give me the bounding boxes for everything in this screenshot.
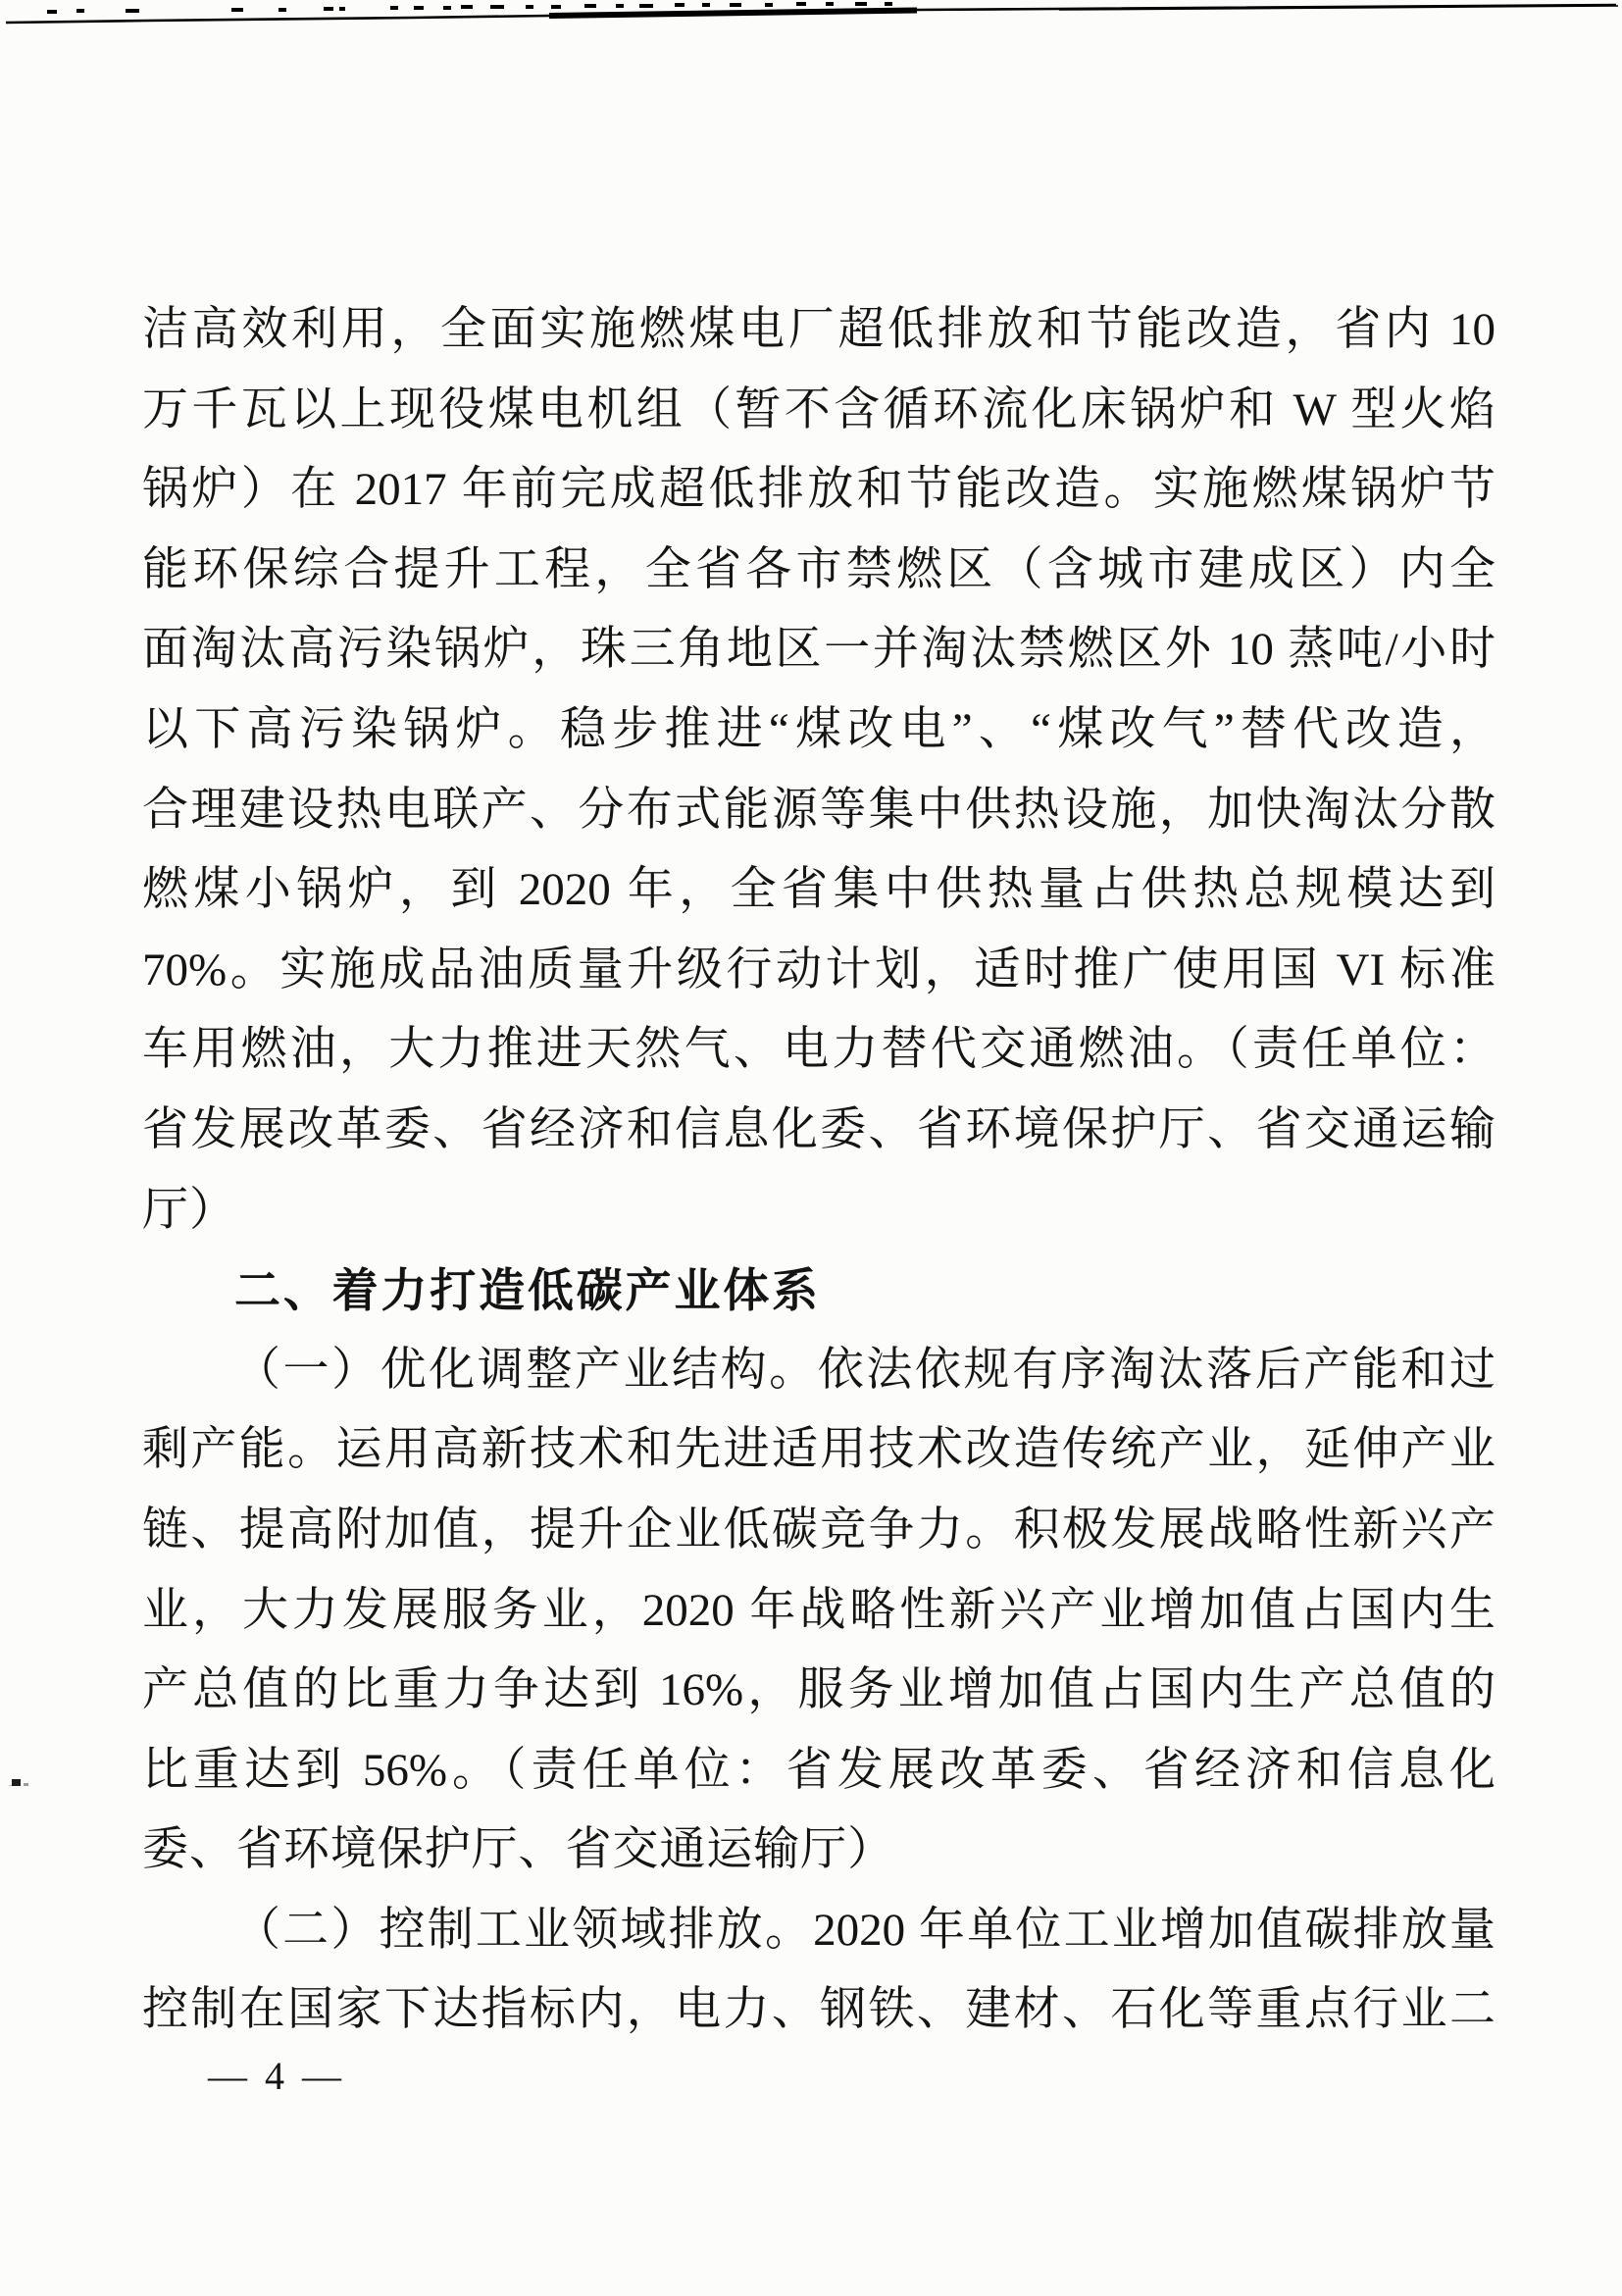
page-number: — 4 —: [208, 2053, 345, 2100]
scan-artifact-top-edge: [0, 0, 1622, 49]
text-line: （一）优化调整产业结构。依法依规有序淘汰落后产能和过: [142, 1331, 1495, 1411]
text-line: 产总值的比重力争达到 16%，服务业增加值占国内生产总值的: [142, 1651, 1495, 1731]
text-line: 车用燃油，大力推进天然气、电力替代交通燃油。（责任单位：: [142, 1010, 1495, 1091]
text-line: 控制在国家下达指标内，电力、钢铁、建材、石化等重点行业二: [142, 1970, 1495, 2051]
section-heading: 二、着力打造低碳产业体系: [142, 1250, 1495, 1331]
document-body: 洁高效利用，全面实施燃煤电厂超低排放和节能改造，省内 10万千瓦以上现役煤电机组…: [142, 290, 1495, 2051]
text-line: 厅）: [142, 1171, 1495, 1251]
text-line: 剩产能。运用高新技术和先进适用技术改造传统产业，延伸产业: [142, 1410, 1495, 1491]
text-line: 以下高污染锅炉。稳步推进“煤改电”、“煤改气”替代改造，: [142, 690, 1495, 771]
text-line: 合理建设热电联产、分布式能源等集中供热设施，加快淘汰分散: [142, 771, 1495, 851]
text-line: 万千瓦以上现役煤电机组（暂不含循环流化床锅炉和 W 型火焰: [142, 371, 1495, 451]
text-line: 比重达到 56%。（责任单位：省发展改革委、省经济和信息化: [142, 1731, 1495, 1811]
scanned-page: 洁高效利用，全面实施燃煤电厂超低排放和节能改造，省内 10万千瓦以上现役煤电机组…: [0, 0, 1622, 2296]
text-line: 委、省环境保护厅、省交通运输厅）: [142, 1811, 1495, 1891]
text-line: 锅炉）在 2017 年前完成超低排放和节能改造。实施燃煤锅炉节: [142, 450, 1495, 531]
text-line: 省发展改革委、省经济和信息化委、省环境保护厅、省交通运输: [142, 1091, 1495, 1171]
text-line: 能环保综合提升工程，全省各市禁燃区（含城市建成区）内全: [142, 531, 1495, 611]
text-line: 业，大力发展服务业，2020 年战略性新兴产业增加值占国内生: [142, 1571, 1495, 1652]
scan-speck: [12, 1779, 21, 1786]
text-line: 70%。实施成品油质量升级行动计划，适时推广使用国 VI 标准: [142, 931, 1495, 1011]
text-line: 燃煤小锅炉，到 2020 年，全省集中供热量占供热总规模达到: [142, 850, 1495, 931]
text-line: 链、提高附加值，提升企业低碳竞争力。积极发展战略性新兴产: [142, 1491, 1495, 1571]
text-line: 洁高效利用，全面实施燃煤电厂超低排放和节能改造，省内 10: [142, 290, 1495, 371]
text-line: 面淘汰高污染锅炉，珠三角地区一并淘汰禁燃区外 10 蒸吨/小时: [142, 610, 1495, 690]
text-line: （二）控制工业领域排放。2020 年单位工业增加值碳排放量: [142, 1891, 1495, 1971]
